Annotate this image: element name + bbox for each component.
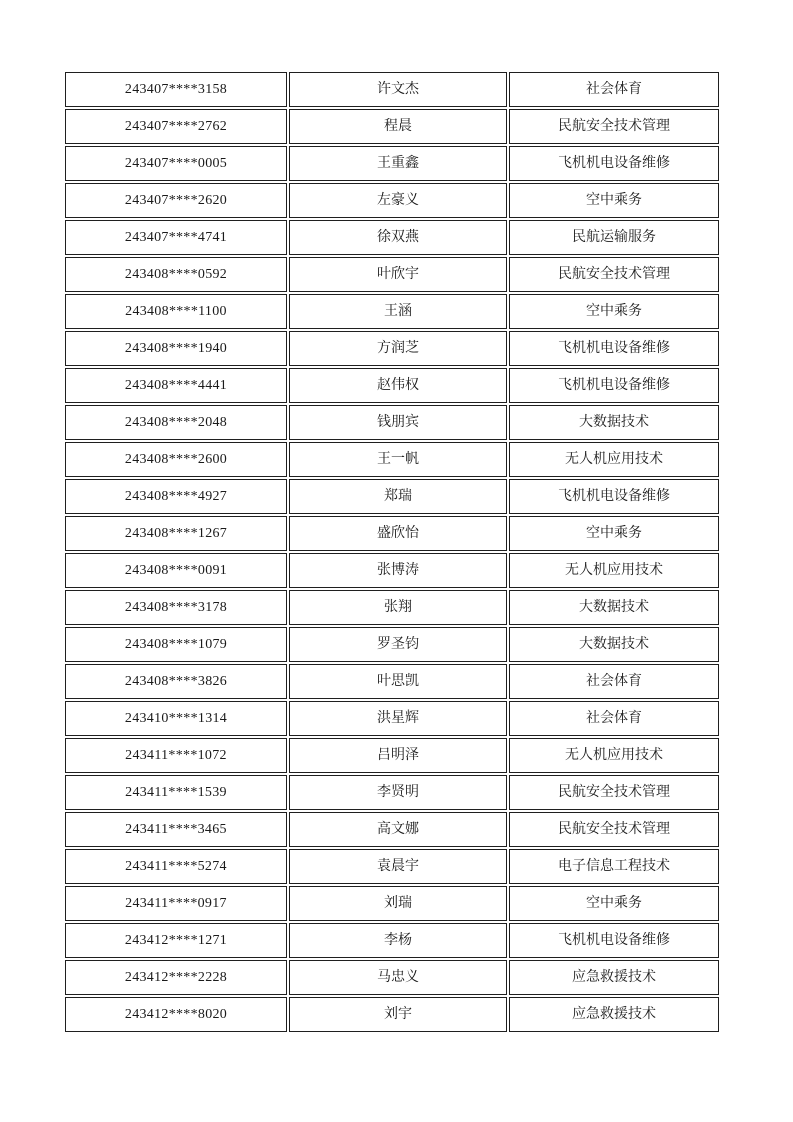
candidate-number-cell: 243411****0917 (65, 886, 287, 921)
admitted-major-cell: 电子信息工程技术 (509, 849, 719, 884)
table-row: 243407****2620 左豪义 空中乘务 (65, 183, 719, 218)
candidate-name-cell: 袁晨宇 (289, 849, 507, 884)
candidate-number-cell: 243408****1079 (65, 627, 287, 662)
candidate-number-cell: 243410****1314 (65, 701, 287, 736)
admitted-major-cell: 空中乘务 (509, 294, 719, 329)
admitted-major-cell: 社会体育 (509, 664, 719, 699)
candidate-number-cell: 243408****2600 (65, 442, 287, 477)
candidate-number-cell: 243408****1267 (65, 516, 287, 551)
candidate-number-cell: 243408****2048 (65, 405, 287, 440)
candidate-number-cell: 243407****4741 (65, 220, 287, 255)
table-row: 243412****2228 马忠义 应急救援技术 (65, 960, 719, 995)
candidate-name-cell: 高文娜 (289, 812, 507, 847)
candidate-name-cell: 叶思凯 (289, 664, 507, 699)
table-row: 243408****2048 钱朋宾 大数据技术 (65, 405, 719, 440)
admitted-major-cell: 应急救援技术 (509, 997, 719, 1032)
candidate-name-cell: 罗圣钧 (289, 627, 507, 662)
admitted-major-cell: 大数据技术 (509, 405, 719, 440)
table-row: 243408****2600 王一帆 无人机应用技术 (65, 442, 719, 477)
table-row: 243411****1072 吕明泽 无人机应用技术 (65, 738, 719, 773)
admitted-major-cell: 无人机应用技术 (509, 553, 719, 588)
candidate-name-cell: 程晨 (289, 109, 507, 144)
table-row: 243411****3465 高文娜 民航安全技术管理 (65, 812, 719, 847)
document-page: 243407****3158 许文杰 社会体育 243407****2762 程… (0, 0, 793, 1122)
candidate-name-cell: 王涵 (289, 294, 507, 329)
candidate-number-cell: 243407****0005 (65, 146, 287, 181)
candidate-number-cell: 243412****8020 (65, 997, 287, 1032)
table-body: 243407****3158 许文杰 社会体育 243407****2762 程… (65, 72, 719, 1032)
admitted-major-cell: 空中乘务 (509, 516, 719, 551)
candidate-name-cell: 洪星辉 (289, 701, 507, 736)
admitted-major-cell: 民航安全技术管理 (509, 812, 719, 847)
candidate-name-cell: 钱朋宾 (289, 405, 507, 440)
table-row: 243408****0091 张博涛 无人机应用技术 (65, 553, 719, 588)
table-row: 243411****0917 刘瑞 空中乘务 (65, 886, 719, 921)
candidate-number-cell: 243408****4441 (65, 368, 287, 403)
table-row: 243407****3158 许文杰 社会体育 (65, 72, 719, 107)
candidate-number-cell: 243411****1072 (65, 738, 287, 773)
candidate-name-cell: 刘瑞 (289, 886, 507, 921)
candidate-number-cell: 243411****3465 (65, 812, 287, 847)
admitted-major-cell: 民航安全技术管理 (509, 257, 719, 292)
table-row: 243412****8020 刘宇 应急救援技术 (65, 997, 719, 1032)
candidate-number-cell: 243408****0091 (65, 553, 287, 588)
candidate-name-cell: 许文杰 (289, 72, 507, 107)
admitted-major-cell: 应急救援技术 (509, 960, 719, 995)
candidate-name-cell: 刘宇 (289, 997, 507, 1032)
admitted-major-cell: 大数据技术 (509, 627, 719, 662)
candidate-name-cell: 吕明泽 (289, 738, 507, 773)
table-row: 243408****4927 郑瑞 飞机机电设备维修 (65, 479, 719, 514)
candidate-number-cell: 243407****2762 (65, 109, 287, 144)
admitted-major-cell: 社会体育 (509, 701, 719, 736)
admitted-major-cell: 社会体育 (509, 72, 719, 107)
candidate-number-cell: 243408****3826 (65, 664, 287, 699)
candidate-name-cell: 王重鑫 (289, 146, 507, 181)
candidate-number-cell: 243408****3178 (65, 590, 287, 625)
candidate-number-cell: 243407****2620 (65, 183, 287, 218)
candidate-name-cell: 王一帆 (289, 442, 507, 477)
admitted-major-cell: 飞机机电设备维修 (509, 479, 719, 514)
candidate-name-cell: 方润芝 (289, 331, 507, 366)
table-row: 243411****1539 李贤明 民航安全技术管理 (65, 775, 719, 810)
candidate-name-cell: 赵伟权 (289, 368, 507, 403)
candidate-number-cell: 243412****2228 (65, 960, 287, 995)
candidate-name-cell: 左豪义 (289, 183, 507, 218)
admitted-major-cell: 民航安全技术管理 (509, 109, 719, 144)
admitted-major-cell: 飞机机电设备维修 (509, 923, 719, 958)
table-row: 243407****2762 程晨 民航安全技术管理 (65, 109, 719, 144)
table-row: 243408****3826 叶思凯 社会体育 (65, 664, 719, 699)
admitted-major-cell: 空中乘务 (509, 886, 719, 921)
candidate-name-cell: 李贤明 (289, 775, 507, 810)
table-row: 243408****1267 盛欣怡 空中乘务 (65, 516, 719, 551)
admitted-major-cell: 大数据技术 (509, 590, 719, 625)
admitted-major-cell: 飞机机电设备维修 (509, 331, 719, 366)
candidate-number-cell: 243408****1940 (65, 331, 287, 366)
table-row: 243408****3178 张翔 大数据技术 (65, 590, 719, 625)
table-row: 243411****5274 袁晨宇 电子信息工程技术 (65, 849, 719, 884)
admitted-major-cell: 无人机应用技术 (509, 442, 719, 477)
table-row: 243410****1314 洪星辉 社会体育 (65, 701, 719, 736)
table-row: 243412****1271 李杨 飞机机电设备维修 (65, 923, 719, 958)
candidate-name-cell: 盛欣怡 (289, 516, 507, 551)
table-row: 243408****1940 方润芝 飞机机电设备维修 (65, 331, 719, 366)
admitted-major-cell: 空中乘务 (509, 183, 719, 218)
candidate-number-cell: 243408****4927 (65, 479, 287, 514)
table-row: 243408****0592 叶欣宇 民航安全技术管理 (65, 257, 719, 292)
admitted-major-cell: 飞机机电设备维修 (509, 146, 719, 181)
table-row: 243408****1079 罗圣钧 大数据技术 (65, 627, 719, 662)
candidate-number-cell: 243407****3158 (65, 72, 287, 107)
candidate-name-cell: 马忠义 (289, 960, 507, 995)
candidate-name-cell: 叶欣宇 (289, 257, 507, 292)
admission-roster-table: 243407****3158 许文杰 社会体育 243407****2762 程… (63, 70, 721, 1034)
candidate-name-cell: 徐双燕 (289, 220, 507, 255)
candidate-name-cell: 张博涛 (289, 553, 507, 588)
candidate-name-cell: 郑瑞 (289, 479, 507, 514)
candidate-number-cell: 243412****1271 (65, 923, 287, 958)
candidate-number-cell: 243408****1100 (65, 294, 287, 329)
admitted-major-cell: 飞机机电设备维修 (509, 368, 719, 403)
table-row: 243408****4441 赵伟权 飞机机电设备维修 (65, 368, 719, 403)
table-row: 243408****1100 王涵 空中乘务 (65, 294, 719, 329)
table-row: 243407****0005 王重鑫 飞机机电设备维修 (65, 146, 719, 181)
candidate-number-cell: 243411****1539 (65, 775, 287, 810)
candidate-number-cell: 243411****5274 (65, 849, 287, 884)
table-row: 243407****4741 徐双燕 民航运输服务 (65, 220, 719, 255)
admitted-major-cell: 民航安全技术管理 (509, 775, 719, 810)
candidate-number-cell: 243408****0592 (65, 257, 287, 292)
candidate-name-cell: 张翔 (289, 590, 507, 625)
admitted-major-cell: 民航运输服务 (509, 220, 719, 255)
candidate-name-cell: 李杨 (289, 923, 507, 958)
admitted-major-cell: 无人机应用技术 (509, 738, 719, 773)
